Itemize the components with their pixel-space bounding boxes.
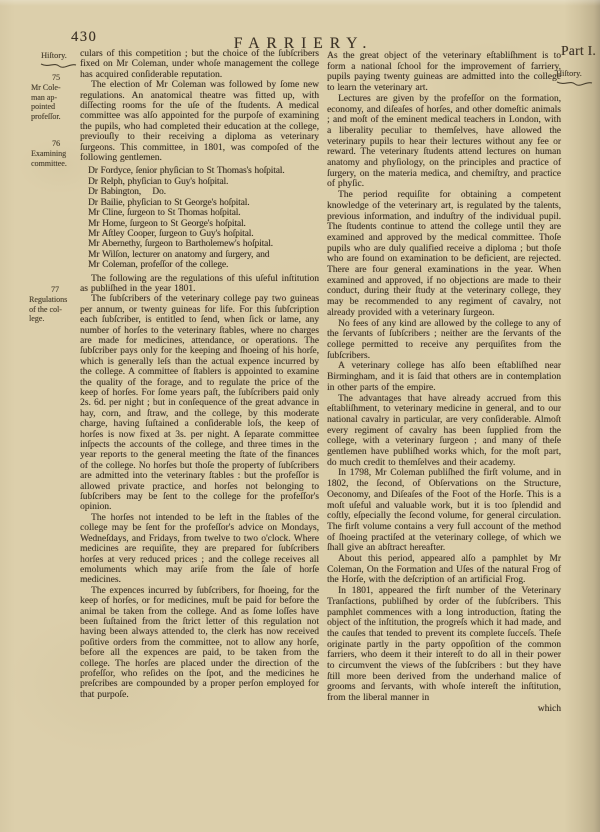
paragraph: In 1801, appeared the firſt number of th… bbox=[327, 586, 561, 704]
paragraph: A veterinary college has alſo been eſtab… bbox=[327, 361, 561, 393]
list-item: Dr Fordyce, ſenior phyſician to St Thoma… bbox=[88, 166, 319, 176]
margin-note-line: Examining bbox=[31, 149, 81, 159]
paragraph: About this period, appeared alſo a pamph… bbox=[327, 554, 561, 586]
swash-icon bbox=[40, 61, 78, 70]
margin-note-line: Regulations bbox=[29, 295, 81, 305]
paragraph: The following are the regulations of thi… bbox=[80, 274, 319, 295]
paragraph: No fees of any kind are allowed by the c… bbox=[327, 319, 561, 362]
list-item: Mr Cline, ſurgeon to St Thomas hoſpital. bbox=[88, 208, 319, 218]
margin-note-line: profeſſor. bbox=[31, 112, 81, 122]
list-item: Dr Bailie, phyſician to St George's hoſp… bbox=[88, 198, 319, 208]
margin-note-line: lege. bbox=[29, 314, 81, 324]
margin-note-line: Mr Cole- bbox=[31, 83, 81, 93]
margin-note-history-left: Hiſtory. bbox=[41, 51, 67, 61]
paragraph: As the great object of the veterinary eſ… bbox=[327, 51, 561, 94]
margin-note-number: 77 bbox=[29, 285, 81, 295]
margin-note-line: pointed bbox=[31, 102, 81, 112]
paragraph: The horſes not intended to be left in th… bbox=[80, 513, 319, 586]
margin-note-77: 77 Regulations of the col- lege. bbox=[29, 285, 81, 324]
margin-note-75: 75 Mr Cole- man ap- pointed profeſſor. bbox=[31, 73, 81, 121]
list-item: Mr Wilſon, lecturer on anatomy and ſurge… bbox=[88, 250, 319, 260]
paragraph: The period requiſite for obtaining a com… bbox=[327, 190, 561, 318]
list-item: Dr Relph, phyſician to Guy's hoſpital. bbox=[88, 177, 319, 187]
swash-icon bbox=[556, 79, 594, 88]
paragraph: The advantages that have already accrued… bbox=[327, 394, 561, 469]
margin-note-number: 75 bbox=[31, 73, 81, 83]
paragraph: The ſubſcribers of the veterinary colleg… bbox=[80, 294, 319, 513]
paragraph: The expences incurred by ſubſcribers, fo… bbox=[80, 586, 319, 700]
book-page: 430 FARRIERY. Part I. Hiſtory. 75 Mr Col… bbox=[0, 0, 600, 832]
paragraph: Lectures are given by the profeſſor on t… bbox=[327, 94, 561, 190]
margin-note-line: of the col- bbox=[29, 305, 81, 315]
list-item: Mr Home, ſurgeon to St George's hoſpital… bbox=[88, 219, 319, 229]
list-item: Mr Aſtley Cooper, ſurgeon to Guy's hoſpi… bbox=[88, 229, 319, 239]
margin-note-number: 76 bbox=[31, 139, 81, 149]
list-item: Dr Babington, Do. bbox=[88, 187, 319, 197]
list-item: Mr Coleman, profeſſor of the college. bbox=[88, 260, 319, 270]
margin-note-76: 76 Examining committee. bbox=[31, 139, 81, 168]
paragraph: In 1798, Mr Coleman publiſhed the firſt … bbox=[327, 468, 561, 554]
part-label: Part I. bbox=[561, 43, 596, 59]
list-item: Mr Abernethy, ſurgeon to Bartholemew's h… bbox=[88, 239, 319, 249]
paragraph: culars of this competition ; but the cho… bbox=[80, 49, 319, 80]
catchword: which bbox=[327, 704, 561, 715]
text-column-left: culars of this competition ; but the cho… bbox=[80, 49, 319, 700]
paragraph: The election of Mr Coleman was followed … bbox=[80, 80, 319, 163]
margin-note-line: man ap- bbox=[31, 93, 81, 103]
margin-note-line: committee. bbox=[31, 159, 81, 169]
committee-list: Dr Fordyce, ſenior phyſician to St Thoma… bbox=[88, 166, 319, 270]
text-column-right: As the great object of the veterinary eſ… bbox=[327, 51, 561, 715]
